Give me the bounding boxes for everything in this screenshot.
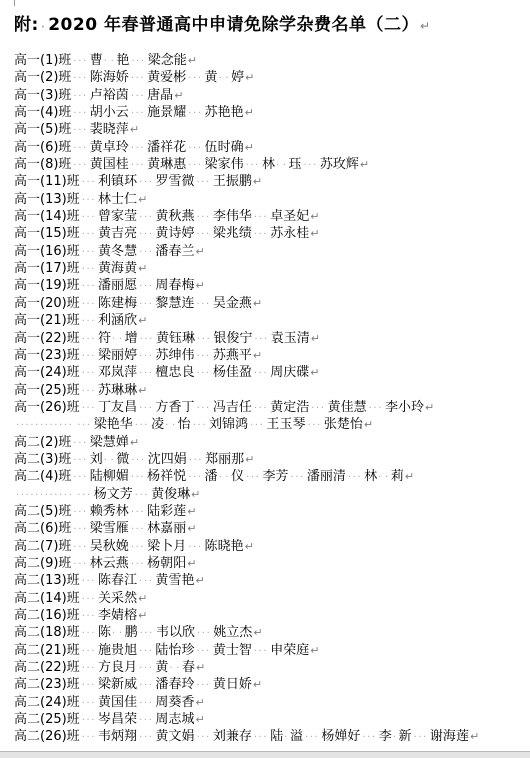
paragraph-mark: ↵ bbox=[138, 592, 147, 605]
student-name: 梁兆绩 bbox=[213, 226, 252, 241]
class-label: 高一(20)班 bbox=[14, 296, 80, 311]
space-mark: ··· bbox=[188, 73, 202, 84]
paragraph-mark: ↵ bbox=[245, 540, 254, 553]
student-name: 苏燕平 bbox=[213, 348, 252, 363]
list-row: 高二(6)班···梁雪雁···林嘉丽↵ bbox=[14, 520, 530, 537]
student-name: 潘祥花 bbox=[147, 140, 186, 155]
space-mark: ··· bbox=[73, 524, 87, 535]
space-mark: ··· bbox=[73, 559, 87, 570]
class-label: 高二(5)班 bbox=[14, 504, 71, 519]
space-mark: ··· bbox=[139, 299, 153, 310]
space-mark: ··· bbox=[82, 403, 96, 414]
paragraph-mark: ↵ bbox=[195, 696, 204, 709]
space-mark: · bbox=[393, 732, 398, 743]
space-mark: ··· bbox=[188, 542, 202, 553]
paragraph-mark: ↵ bbox=[174, 89, 183, 102]
class-label: 高一(19)班 bbox=[14, 278, 80, 293]
student-name: 苏艳艳 bbox=[205, 105, 244, 120]
student-name: 黄海黄 bbox=[98, 261, 137, 276]
space-mark: · bbox=[112, 628, 117, 639]
student-name: 苏绅伟 bbox=[155, 348, 194, 363]
class-label: 高二(4)班 bbox=[14, 469, 71, 484]
student-name: 银俊宁 bbox=[213, 331, 252, 346]
list-row: 高一(5)班···裴晓萍↵ bbox=[14, 121, 530, 138]
student-name: 黄俊琳 bbox=[151, 487, 190, 502]
space-mark: · bbox=[283, 160, 288, 171]
student-name: 曹··艳 bbox=[90, 53, 130, 68]
page-title: 附:·2020 年春普通高中申请免除学杂费名单（二）↵ bbox=[14, 13, 530, 40]
space-mark: ··· bbox=[82, 316, 96, 327]
paragraph-mark: ↵ bbox=[311, 332, 320, 345]
class-label: 高一(4)班 bbox=[14, 105, 71, 120]
student-name: 黄冬慧 bbox=[98, 244, 137, 259]
space-mark: · bbox=[41, 22, 46, 33]
list-row: 高二(22)班···方良月···黄··春↵ bbox=[14, 659, 530, 676]
space-mark: ··· bbox=[82, 646, 96, 657]
space-mark: ··· bbox=[73, 56, 87, 67]
class-label: 高一(16)班 bbox=[14, 244, 80, 259]
space-mark: ··· bbox=[254, 334, 268, 345]
space-mark: ··· bbox=[131, 91, 145, 102]
class-label: 高二(13)班 bbox=[14, 573, 80, 588]
class-label: 高一(25)班 bbox=[14, 383, 80, 398]
list-row: 高二(16)班···李婧榕↵ bbox=[14, 607, 530, 624]
student-name: 梁慧婵 bbox=[90, 435, 129, 450]
space-mark: ··· bbox=[311, 403, 325, 414]
class-label: 高二(26)班 bbox=[14, 729, 80, 744]
class-label: 高一(13)班 bbox=[14, 192, 80, 207]
paragraph-mark: ↵ bbox=[245, 141, 254, 154]
class-label: 高二(6)班 bbox=[14, 521, 71, 536]
title-prefix: 附: bbox=[14, 15, 39, 35]
paragraph-mark: ↵ bbox=[245, 71, 254, 84]
space-mark: ··· bbox=[73, 472, 87, 483]
student-name: 林··珏 bbox=[262, 157, 302, 172]
space-mark: ··· bbox=[250, 420, 264, 431]
student-name: 李·新 bbox=[379, 729, 412, 744]
space-mark: · bbox=[284, 732, 289, 743]
space-mark: ··· bbox=[82, 611, 96, 622]
student-name: 方香丁 bbox=[155, 400, 194, 415]
student-name: 潘丽清 bbox=[307, 469, 346, 484]
paragraph-mark: ↵ bbox=[245, 453, 254, 466]
list-row: 高二(4)班···陆柳媚···杨祥悦···潘··仪···李芳···潘丽清···林… bbox=[14, 468, 530, 485]
student-name: 李小玲 bbox=[385, 400, 424, 415]
list-row: 高一(16)班···黄冬慧···潘春兰↵ bbox=[14, 243, 530, 260]
paragraph-mark: ↵ bbox=[253, 297, 262, 310]
space-mark: ··· bbox=[139, 680, 153, 691]
list-row: 高一(21)班···利涵欣↵ bbox=[14, 312, 530, 329]
student-name: 关采然 bbox=[98, 591, 137, 606]
student-name: 张楚怡 bbox=[324, 417, 363, 432]
space-mark: · bbox=[219, 73, 224, 84]
space-mark: ··· bbox=[82, 281, 96, 292]
space-mark: ··· bbox=[131, 108, 145, 119]
list-row: 高一(24)班···邓岚萍···檀忠良···杨佳盈···周庆碟↵ bbox=[14, 364, 530, 381]
space-mark: ··· bbox=[139, 351, 153, 362]
list-row: 高一(19)班···潘丽愿···周春梅↵ bbox=[14, 277, 530, 294]
class-label: 高一(21)班 bbox=[14, 313, 80, 328]
paragraph-mark: ↵ bbox=[253, 678, 262, 691]
student-name: 方良月 bbox=[98, 660, 137, 675]
list-row: 高一(8)班···黄国桂···黄琳惠···梁家伟···林··珏···苏玫辉↵ bbox=[14, 156, 530, 173]
student-name: 林嘉丽 bbox=[147, 521, 186, 536]
space-mark: ··· bbox=[82, 628, 96, 639]
space-mark: ··· bbox=[139, 576, 153, 587]
space-mark: ··· bbox=[73, 438, 87, 449]
class-label: 高二(22)班 bbox=[14, 660, 80, 675]
space-mark: ··· bbox=[196, 680, 210, 691]
space-mark: ··· bbox=[348, 472, 362, 483]
student-name: 黄吉亮 bbox=[98, 226, 137, 241]
class-label: 高一(5)班 bbox=[14, 122, 71, 137]
space-mark: ··· bbox=[77, 490, 91, 501]
student-name: 林云燕 bbox=[90, 556, 129, 571]
space-mark: ··· bbox=[139, 247, 153, 258]
space-mark: ··· bbox=[254, 403, 268, 414]
paragraph-mark: ↵ bbox=[195, 574, 204, 587]
student-name: 黄··春 bbox=[155, 660, 195, 675]
student-name: 黄文娟 bbox=[155, 729, 194, 744]
class-label: 高二(7)班 bbox=[14, 539, 71, 554]
student-name: 罗雪微 bbox=[155, 174, 194, 189]
student-name: 凌··怡 bbox=[151, 417, 191, 432]
space-mark: ··· bbox=[131, 524, 145, 535]
student-name: 梁卜月 bbox=[147, 539, 186, 554]
student-name: 谢海莲 bbox=[430, 729, 469, 744]
space-mark: ··· bbox=[131, 559, 145, 570]
class-label: 高一(11)班 bbox=[14, 174, 80, 189]
space-mark: ··· bbox=[139, 732, 153, 743]
space-mark: ··· bbox=[131, 160, 145, 171]
paragraph-mark: ↵ bbox=[130, 123, 139, 136]
student-name: 陈晓艳 bbox=[205, 539, 244, 554]
space-mark: ··· bbox=[82, 334, 96, 345]
space-mark: ··· bbox=[291, 472, 305, 483]
paragraph-mark: ↵ bbox=[187, 522, 196, 535]
student-name: 利镇环 bbox=[98, 174, 137, 189]
student-name: 梁念能 bbox=[148, 53, 187, 68]
student-name: 郑丽那 bbox=[205, 452, 244, 467]
list-row: 高二(18)班···陈··鹏···韦以欣···姚立杰↵ bbox=[14, 624, 530, 641]
space-mark: · bbox=[378, 472, 383, 483]
space-mark: ··· bbox=[196, 368, 210, 379]
list-row: 高一(20)班···陈建梅···黎慧连···吴金燕↵ bbox=[14, 295, 530, 312]
space-mark: ··· bbox=[188, 472, 202, 483]
space-mark: · bbox=[165, 420, 170, 431]
paragraph-mark: ↵ bbox=[195, 713, 204, 726]
space-mark: ··· bbox=[131, 472, 145, 483]
space-mark: ··· bbox=[246, 472, 260, 483]
class-label: 高一(22)班 bbox=[14, 331, 80, 346]
paragraph-mark: ↵ bbox=[253, 175, 262, 188]
space-mark: ··· bbox=[196, 177, 210, 188]
list-row: 高一(11)班···利镇环···罗雪微···王振鹏↵ bbox=[14, 173, 530, 190]
space-mark: ··· bbox=[139, 698, 153, 709]
class-label: 高一(26)班 bbox=[14, 400, 80, 415]
student-name: 黎慧连 bbox=[155, 296, 194, 311]
student-name: 李伟华 bbox=[213, 209, 252, 224]
space-mark: ··· bbox=[82, 299, 96, 310]
space-mark: ··· bbox=[135, 420, 149, 431]
space-mark: ··· bbox=[254, 212, 268, 223]
space-mark: ··· bbox=[362, 732, 376, 743]
student-name: 黄定浩 bbox=[270, 400, 309, 415]
list-row: 高一(1)班···曹··艳···梁念能↵ bbox=[14, 52, 530, 69]
space-mark: · bbox=[169, 663, 174, 674]
student-name: 黄佳慧 bbox=[328, 400, 367, 415]
space-mark: ··· bbox=[82, 594, 96, 605]
title-main: 2020 年春普通高中申请免除学杂费名单（二） bbox=[48, 15, 419, 35]
space-mark: ··· bbox=[197, 628, 211, 639]
class-label: 高一(6)班 bbox=[14, 140, 71, 155]
student-name: 陈建梅 bbox=[98, 296, 137, 311]
student-name: 苏永桂 bbox=[270, 226, 309, 241]
list-row: 高二(24)班···黄国佳···周葵香↵ bbox=[14, 694, 530, 711]
student-list: 高一(1)班···曹··艳···梁念能↵高一(2)班···陈海娇···黄爱彬··… bbox=[14, 52, 530, 746]
student-name: 檀忠良 bbox=[155, 365, 194, 380]
student-name: 伍时确 bbox=[205, 140, 244, 155]
student-name: 韦以欣 bbox=[156, 625, 195, 640]
space-mark: ··· bbox=[139, 229, 153, 240]
space-mark: ··· bbox=[82, 368, 96, 379]
student-name: 黄卓玲 bbox=[90, 140, 129, 155]
student-name: 陈··鹏 bbox=[98, 625, 138, 640]
space-mark: ··· bbox=[254, 732, 268, 743]
space-mark: ··· bbox=[73, 91, 87, 102]
paragraph-mark: ↵ bbox=[138, 314, 147, 327]
space-mark: ··· bbox=[82, 212, 96, 223]
student-name: 王玉琴 bbox=[266, 417, 305, 432]
paragraph-mark: ↵ bbox=[405, 470, 414, 483]
list-row: 高二(13)班···陈春江···黄雪艳↵ bbox=[14, 572, 530, 589]
student-name: 符··增 bbox=[98, 331, 138, 346]
class-label: 高一(15)班 bbox=[14, 226, 80, 241]
paragraph-mark: ↵ bbox=[196, 661, 205, 674]
space-mark: ··· bbox=[82, 680, 96, 691]
student-name: 陈海娇 bbox=[90, 70, 129, 85]
space-mark: ··· bbox=[73, 125, 87, 136]
student-name: 黄日娇 bbox=[213, 677, 252, 692]
space-mark: ··· bbox=[139, 177, 153, 188]
paragraph-mark: ↵ bbox=[253, 626, 262, 639]
space-mark: ··· bbox=[139, 646, 153, 657]
paragraph-mark: ↵ bbox=[191, 488, 200, 501]
student-name: 杨婵好 bbox=[321, 729, 360, 744]
space-mark: ··· bbox=[304, 160, 318, 171]
student-name: 施贵旭 bbox=[98, 643, 137, 658]
student-name: 韦炳翔 bbox=[98, 729, 137, 744]
student-name: 黄钰琳 bbox=[156, 331, 195, 346]
space-mark: ··· bbox=[131, 73, 145, 84]
space-mark: ··· bbox=[131, 542, 145, 553]
space-mark: ··· bbox=[135, 490, 149, 501]
document-page: 附:·2020 年春普通高中申请免除学杂费名单（二）↵ 高一(1)班···曹··… bbox=[0, 0, 530, 758]
student-name: 施景耀 bbox=[147, 105, 186, 120]
space-mark: ··· bbox=[131, 455, 145, 466]
space-mark: ··· bbox=[73, 73, 87, 84]
student-name: 黄爱彬 bbox=[147, 70, 186, 85]
student-name: 林士仁 bbox=[98, 192, 137, 207]
student-name: 梁艳华 bbox=[94, 417, 133, 432]
space-mark: ··· bbox=[82, 663, 96, 674]
paragraph-mark: ↵ bbox=[425, 401, 434, 414]
space-mark: ··· bbox=[82, 195, 96, 206]
class-label: 高一(14)班 bbox=[14, 209, 80, 224]
space-mark: ··· bbox=[73, 507, 87, 518]
paragraph-mark: ↵ bbox=[420, 19, 431, 33]
list-row: 高一(14)班···曾家莹···黄秋燕···李伟华···卓圣妃↵ bbox=[14, 208, 530, 225]
space-mark: ··· bbox=[73, 108, 87, 119]
paragraph-mark: ↵ bbox=[310, 644, 319, 657]
student-name: 胡小云 bbox=[90, 105, 129, 120]
paragraph-mark: ↵ bbox=[310, 210, 319, 223]
space-mark: ··· bbox=[139, 368, 153, 379]
space-mark: ··· bbox=[139, 715, 153, 726]
space-mark: ··· bbox=[139, 403, 153, 414]
paragraph-mark: ↵ bbox=[245, 106, 254, 119]
class-label: 高二(3)班 bbox=[14, 452, 71, 467]
student-name: 冯吉任 bbox=[213, 400, 252, 415]
list-row: ···············梁艳华···凌··怡···刘锦鸿···王玉琴···… bbox=[14, 416, 530, 433]
class-label: 高二(24)班 bbox=[14, 695, 80, 710]
student-name: 卢裕茵 bbox=[90, 88, 129, 103]
list-row: 高二(21)班···施贵旭···陆怡珍···黄士智···申荣庭↵ bbox=[14, 642, 530, 659]
space-mark: ··· bbox=[73, 542, 87, 553]
list-row: 高一(13)班···林士仁↵ bbox=[14, 191, 530, 208]
space-mark: ··· bbox=[140, 334, 154, 345]
space-mark: ··· bbox=[73, 160, 87, 171]
student-name: 苏玫辉 bbox=[320, 157, 359, 172]
paragraph-mark: ↵ bbox=[360, 158, 369, 171]
space-mark: ··· bbox=[196, 351, 210, 362]
student-name: 曾家莹 bbox=[98, 209, 137, 224]
space-mark: · bbox=[172, 420, 177, 431]
list-row: 高一(4)班···胡小云···施景耀···苏艳艳↵ bbox=[14, 104, 530, 121]
page-bottom-gap bbox=[0, 751, 530, 758]
list-row: 高二(2)班···梁慧婵↵ bbox=[14, 434, 530, 451]
paragraph-mark: ↵ bbox=[138, 262, 147, 275]
class-label: 高二(25)班 bbox=[14, 712, 80, 727]
paragraph-mark: ↵ bbox=[310, 366, 319, 379]
student-name: 吴秋娩 bbox=[90, 539, 129, 554]
paragraph-mark: ↵ bbox=[187, 557, 196, 570]
continuation-lead-marks: ············ bbox=[16, 490, 73, 501]
student-name: 李婧榕 bbox=[98, 608, 137, 623]
student-name: 潘丽愿 bbox=[98, 278, 137, 293]
class-label: 高一(17)班 bbox=[14, 261, 80, 276]
list-row: 高二(9)班···林云燕···杨朝阳↵ bbox=[14, 555, 530, 572]
student-name: 邓岚萍 bbox=[98, 365, 137, 380]
class-label: 高一(8)班 bbox=[14, 157, 71, 172]
student-name: 刘兼存 bbox=[213, 729, 252, 744]
student-name: 吴金燕 bbox=[213, 296, 252, 311]
class-label: 高二(9)班 bbox=[14, 556, 71, 571]
paragraph-mark: ↵ bbox=[187, 505, 196, 518]
space-mark: ··· bbox=[196, 732, 210, 743]
list-row: 高一(23)班···梁丽婷···苏绅伟···苏燕平↵ bbox=[14, 347, 530, 364]
class-label: 高二(21)班 bbox=[14, 643, 80, 658]
space-mark: ··· bbox=[307, 420, 321, 431]
space-mark: ··· bbox=[197, 334, 211, 345]
space-mark: · bbox=[119, 628, 124, 639]
student-name: 陈春江 bbox=[98, 573, 137, 588]
list-row: 高二(3)班···刘··微···沈四娟···郑丽那↵ bbox=[14, 451, 530, 468]
student-name: 黄士智 bbox=[213, 643, 252, 658]
list-row: 高一(25)班···苏琳琳↵ bbox=[14, 382, 530, 399]
space-mark: ··· bbox=[82, 698, 96, 709]
class-label: 高一(3)班 bbox=[14, 88, 71, 103]
class-label: 高二(14)班 bbox=[14, 591, 80, 606]
space-mark: ··· bbox=[77, 420, 91, 431]
space-mark: · bbox=[104, 455, 109, 466]
space-mark: · bbox=[111, 455, 116, 466]
class-label: 高一(23)班 bbox=[14, 348, 80, 363]
paragraph-mark: ↵ bbox=[188, 54, 197, 67]
paragraph-mark: ↵ bbox=[195, 245, 204, 258]
list-row: 高二(7)班···吴秋娩···梁卜月···陈晓艳↵ bbox=[14, 538, 530, 555]
space-mark: ··· bbox=[196, 299, 210, 310]
student-name: 王振鹏 bbox=[213, 174, 252, 189]
student-name: 周志城 bbox=[155, 712, 194, 727]
paragraph-mark: ↵ bbox=[138, 193, 147, 206]
continuation-lead-marks: ············ bbox=[16, 420, 73, 431]
list-row: 高一(22)班···符··增···黄钰琳···银俊宁···袁玉清↵ bbox=[14, 330, 530, 347]
student-name: 刘锦鸿 bbox=[209, 417, 248, 432]
student-name: 周葵香 bbox=[155, 695, 194, 710]
space-mark: ··· bbox=[82, 715, 96, 726]
student-name: 黄秋燕 bbox=[155, 209, 194, 224]
space-mark: ··· bbox=[188, 160, 202, 171]
student-name: 李芳 bbox=[262, 469, 288, 484]
paragraph-mark: ↵ bbox=[310, 227, 319, 240]
list-row: 高一(3)班···卢裕茵···唐晶↵ bbox=[14, 87, 530, 104]
student-name: 陆怡珍 bbox=[155, 643, 194, 658]
student-name: 岑昌荣 bbox=[98, 712, 137, 727]
class-label: 高一(24)班 bbox=[14, 365, 80, 380]
student-name: 潘春玲 bbox=[155, 677, 194, 692]
student-name: 黄琳惠 bbox=[147, 157, 186, 172]
student-name: 周春梅 bbox=[155, 278, 194, 293]
space-mark: ··· bbox=[73, 455, 87, 466]
student-name: 林··莉 bbox=[364, 469, 404, 484]
student-name: 赖秀林 bbox=[90, 504, 129, 519]
space-mark: ··· bbox=[82, 264, 96, 275]
student-name: 周庆碟 bbox=[270, 365, 309, 380]
space-mark: ··· bbox=[131, 507, 145, 518]
space-mark: · bbox=[225, 73, 230, 84]
space-mark: · bbox=[112, 334, 117, 345]
space-mark: · bbox=[385, 472, 390, 483]
paragraph-mark: ↵ bbox=[253, 349, 262, 362]
space-mark: ··· bbox=[414, 732, 428, 743]
student-name: 杨祥悦 bbox=[147, 469, 186, 484]
space-mark: ··· bbox=[305, 732, 319, 743]
space-mark: ··· bbox=[189, 455, 203, 466]
student-name: 陆·溢 bbox=[270, 729, 303, 744]
space-mark: ··· bbox=[131, 143, 145, 154]
paragraph-mark: ↵ bbox=[130, 436, 139, 449]
student-name: 杨文芳 bbox=[94, 487, 133, 502]
student-name: 沈四娟 bbox=[148, 452, 187, 467]
space-mark: ··· bbox=[82, 386, 96, 397]
space-mark: ··· bbox=[188, 143, 202, 154]
margin-crop-mark bbox=[14, 0, 15, 6]
space-mark: ··· bbox=[196, 229, 210, 240]
student-name: 卓圣妃 bbox=[270, 209, 309, 224]
space-mark: ··· bbox=[254, 646, 268, 657]
student-name: 黄雪艳 bbox=[155, 573, 194, 588]
